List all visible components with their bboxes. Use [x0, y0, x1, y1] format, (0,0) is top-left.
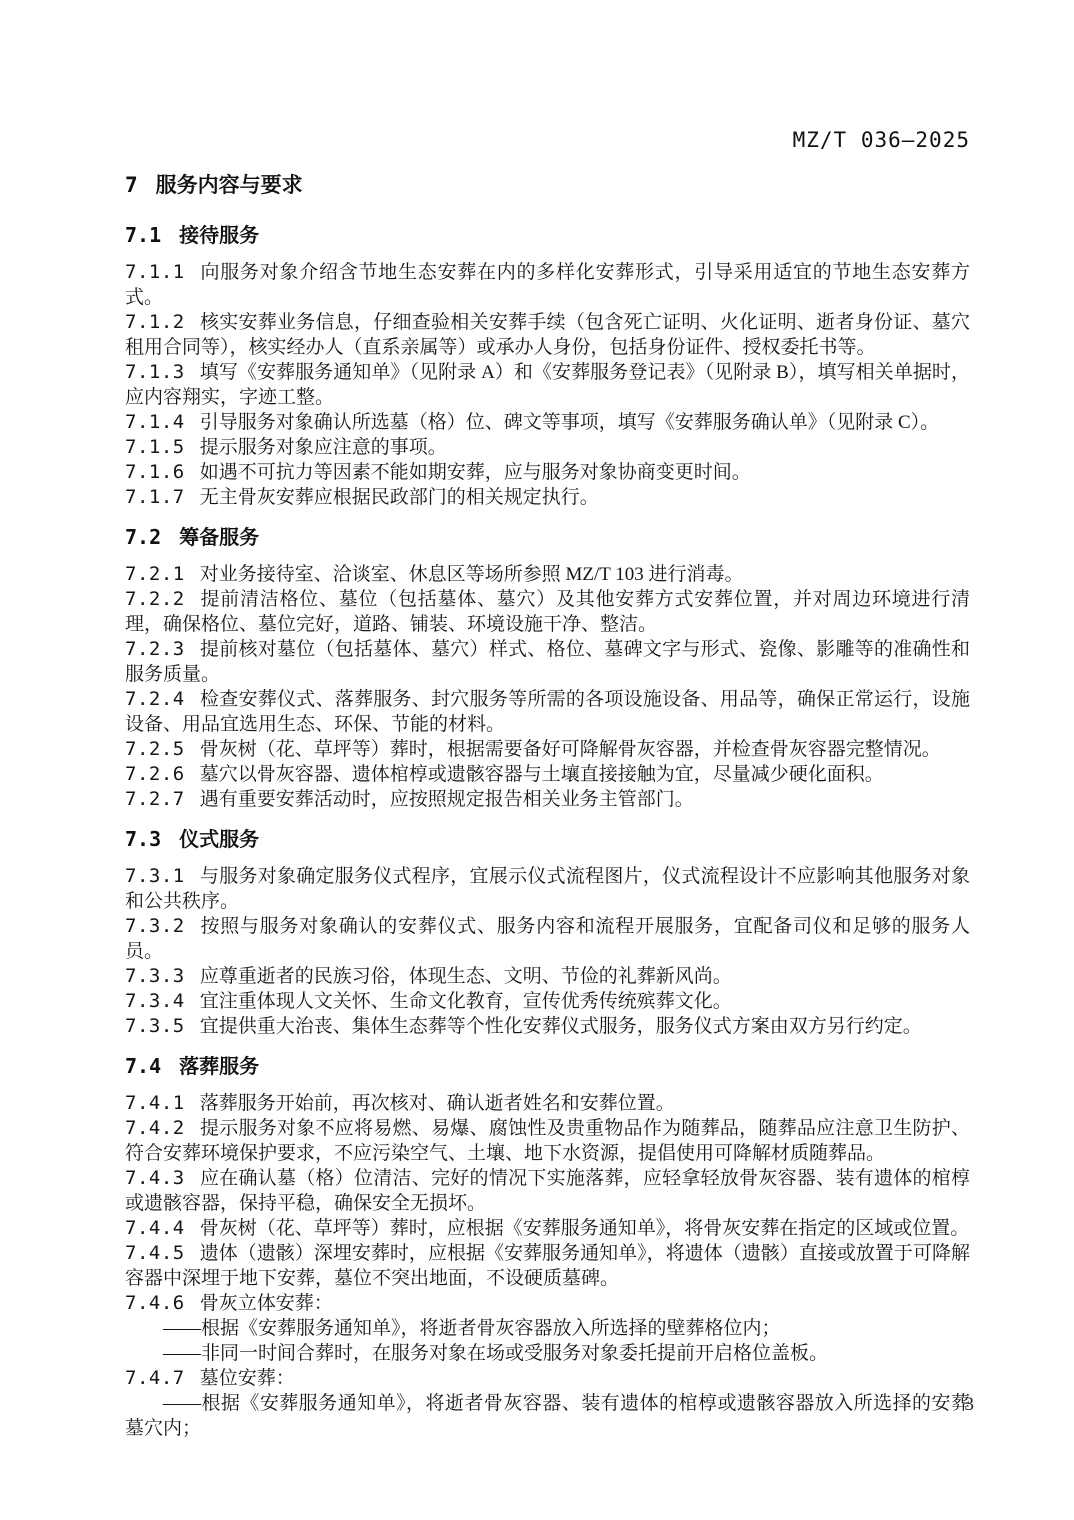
clause-text: 提示服务对象不应将易燃、易爆、腐蚀性及贵重物品作为随葬品，随葬品应注意卫生防护、…	[125, 1118, 970, 1164]
section-title: 接待服务	[179, 225, 259, 247]
clause-text: 提前核对墓位（包括墓体、墓穴）样式、格位、墓碑文字与形式、瓷像、影雕等的准确性和…	[125, 639, 970, 685]
clause-number: 7.4.7	[125, 1367, 185, 1389]
document-body: 7服务内容与要求 7.1接待服务 7.1.1向服务对象介绍含节地生态安葬在内的多…	[125, 172, 970, 1441]
section-number: 7.4	[125, 1054, 161, 1078]
chapter-number: 7	[125, 173, 138, 197]
clause-7-2-2: 7.2.2提前清洁格位、墓位（包括墓体、墓穴）及其他安葬方式安葬位置，并对周边环…	[125, 587, 970, 637]
section-heading-7-3: 7.3仪式服务	[125, 827, 970, 853]
clause-text: 检查安葬仪式、落葬服务、封穴服务等所需的各项设施设备、用品等，确保正常运行，设施…	[125, 689, 970, 735]
clause-number: 7.2.1	[125, 563, 185, 585]
section-heading-7-2: 7.2筹备服务	[125, 525, 970, 551]
clause-number: 7.3.3	[125, 965, 185, 987]
clause-number: 7.1.3	[125, 361, 185, 383]
clause-number: 7.3.2	[125, 915, 185, 937]
clause-7-4-7: 7.4.7墓位安葬：	[125, 1366, 970, 1391]
clause-7-3-5: 7.3.5宜提供重大治丧、集体生态葬等个性化安葬仪式服务，服务仪式方案由双方另行…	[125, 1014, 970, 1039]
clause-text: 落葬服务开始前，再次核对、确认逝者姓名和安葬位置。	[200, 1093, 675, 1114]
page-number: 3	[965, 1394, 975, 1416]
clause-7-1-1: 7.1.1向服务对象介绍含节地生态安葬在内的多样化安葬形式，引导采用适宜的节地生…	[125, 260, 970, 310]
clause-7-2-5: 7.2.5骨灰树（花、草坪等）葬时，根据需要备好可降解骨灰容器，并检查骨灰容器完…	[125, 737, 970, 762]
clause-7-1-3: 7.1.3填写《安葬服务通知单》（见附录 A）和《安葬服务登记表》（见附录 B）…	[125, 360, 970, 410]
clause-number: 7.2.5	[125, 738, 185, 760]
section-title: 落葬服务	[179, 1056, 259, 1078]
clause-number: 7.1.5	[125, 436, 185, 458]
clause-7-2-7: 7.2.7遇有重要安葬活动时，应按照规定报告相关业务主管部门。	[125, 787, 970, 812]
clause-number: 7.2.4	[125, 688, 185, 710]
clause-number: 7.1.1	[125, 261, 185, 283]
clause-text: 应在确认墓（格）位清洁、完好的情况下实施落葬，应轻拿轻放骨灰容器、装有遗体的棺椁…	[125, 1168, 970, 1214]
clause-7-2-1: 7.2.1对业务接待室、洽谈室、休息区等场所参照 MZ/T 103 进行消毒。	[125, 562, 970, 587]
clause-text: 引导服务对象确认所选墓（格）位、碑文等事项，填写《安葬服务确认单》（见附录 C）…	[200, 412, 939, 433]
clause-number: 7.4.3	[125, 1167, 185, 1189]
chapter-heading: 7服务内容与要求	[125, 172, 970, 199]
clause-7-4-7-item-1: ——根据《安葬服务通知单》，将逝者骨灰容器、装有遗体的棺椁或遗骸容器放入所选择的…	[125, 1391, 970, 1441]
clause-number: 7.4.1	[125, 1092, 185, 1114]
clause-7-1-5: 7.1.5提示服务对象应注意的事项。	[125, 435, 970, 460]
document-page: { "page": { "doc_number": "MZ/T 036—2025…	[0, 0, 1074, 1520]
clause-7-3-3: 7.3.3应尊重逝者的民族习俗，体现生态、文明、节俭的礼葬新风尚。	[125, 964, 970, 989]
clause-7-2-6: 7.2.6墓穴以骨灰容器、遗体棺椁或遗骸容器与土壤直接接触为宜，尽量减少硬化面积…	[125, 762, 970, 787]
clause-7-4-6: 7.4.6骨灰立体安葬：	[125, 1291, 970, 1316]
section-heading-7-1: 7.1接待服务	[125, 223, 970, 249]
clause-7-4-5: 7.4.5遗体（遗骸）深埋安葬时，应根据《安葬服务通知单》，将遗体（遗骸）直接或…	[125, 1241, 970, 1291]
clause-number: 7.4.4	[125, 1217, 185, 1239]
clause-number: 7.1.6	[125, 461, 185, 483]
clause-text: 应尊重逝者的民族习俗，体现生态、文明、节俭的礼葬新风尚。	[200, 966, 732, 987]
clause-number: 7.1.2	[125, 311, 185, 333]
clause-text: 骨灰树（花、草坪等）葬时，根据需要备好可降解骨灰容器，并检查骨灰容器完整情况。	[200, 739, 941, 760]
clause-text: 无主骨灰安葬应根据民政部门的相关规定执行。	[200, 487, 599, 508]
clause-text: 对业务接待室、洽谈室、休息区等场所参照 MZ/T 103 进行消毒。	[200, 564, 744, 585]
clause-text: 填写《安葬服务通知单》（见附录 A）和《安葬服务登记表》（见附录 B），填写相关…	[125, 362, 970, 408]
clause-7-4-3: 7.4.3应在确认墓（格）位清洁、完好的情况下实施落葬，应轻拿轻放骨灰容器、装有…	[125, 1166, 970, 1216]
clause-number: 7.1.7	[125, 486, 185, 508]
clause-number: 7.2.6	[125, 763, 185, 785]
clause-7-1-4: 7.1.4引导服务对象确认所选墓（格）位、碑文等事项，填写《安葬服务确认单》（见…	[125, 410, 970, 435]
clause-7-4-6-item-2: ——非同一时间合葬时，在服务对象在场或受服务对象委托提前开启格位盖板。	[125, 1341, 970, 1366]
clause-text: 与服务对象确定服务仪式程序，宜展示仪式流程图片，仪式流程设计不应影响其他服务对象…	[125, 866, 970, 912]
clause-7-4-2: 7.4.2提示服务对象不应将易燃、易爆、腐蚀性及贵重物品作为随葬品，随葬品应注意…	[125, 1116, 970, 1166]
clause-text: 墓穴以骨灰容器、遗体棺椁或遗骸容器与土壤直接接触为宜，尽量减少硬化面积。	[200, 764, 884, 785]
clause-number: 7.3.1	[125, 865, 185, 887]
clause-7-2-3: 7.2.3提前核对墓位（包括墓体、墓穴）样式、格位、墓碑文字与形式、瓷像、影雕等…	[125, 637, 970, 687]
section-number: 7.1	[125, 223, 161, 247]
clause-number: 7.2.7	[125, 788, 185, 810]
section-number: 7.3	[125, 827, 161, 851]
clause-number: 7.4.6	[125, 1292, 185, 1314]
doc-standard-number: MZ/T 036—2025	[793, 128, 970, 152]
clause-7-1-6: 7.1.6如遇不可抗力等因素不能如期安葬，应与服务对象协商变更时间。	[125, 460, 970, 485]
section-title: 筹备服务	[179, 527, 259, 549]
clause-text: 遗体（遗骸）深埋安葬时，应根据《安葬服务通知单》，将遗体（遗骸）直接或放置于可降…	[125, 1243, 970, 1289]
clause-number: 7.2.3	[125, 638, 185, 660]
clause-7-1-7: 7.1.7无主骨灰安葬应根据民政部门的相关规定执行。	[125, 485, 970, 510]
clause-text: 按照与服务对象确认的安葬仪式、服务内容和流程开展服务，宜配备司仪和足够的服务人员…	[125, 916, 970, 962]
clause-text: 如遇不可抗力等因素不能如期安葬，应与服务对象协商变更时间。	[200, 462, 751, 483]
clause-text: 墓位安葬：	[200, 1368, 295, 1389]
clause-text: 遇有重要安葬活动时，应按照规定报告相关业务主管部门。	[200, 789, 694, 810]
section-heading-7-4: 7.4落葬服务	[125, 1054, 970, 1080]
clause-number: 7.4.5	[125, 1242, 185, 1264]
clause-7-3-2: 7.3.2按照与服务对象确认的安葬仪式、服务内容和流程开展服务，宜配备司仪和足够…	[125, 914, 970, 964]
clause-number: 7.2.2	[125, 588, 185, 610]
clause-text: 提示服务对象应注意的事项。	[200, 437, 447, 458]
clause-7-4-1: 7.4.1落葬服务开始前，再次核对、确认逝者姓名和安葬位置。	[125, 1091, 970, 1116]
clause-7-1-2: 7.1.2核实安葬业务信息，仔细查验相关安葬手续（包含死亡证明、火化证明、逝者身…	[125, 310, 970, 360]
clause-number: 7.1.4	[125, 411, 185, 433]
clause-text: 宜提供重大治丧、集体生态葬等个性化安葬仪式服务，服务仪式方案由双方另行约定。	[200, 1016, 922, 1037]
clause-text: 提前清洁格位、墓位（包括墓体、墓穴）及其他安葬方式安葬位置，并对周边环境进行清理…	[125, 589, 970, 635]
clause-7-2-4: 7.2.4检查安葬仪式、落葬服务、封穴服务等所需的各项设施设备、用品等，确保正常…	[125, 687, 970, 737]
clause-text: 骨灰立体安葬：	[200, 1293, 333, 1314]
clause-7-4-6-item-1: ——根据《安葬服务通知单》，将逝者骨灰容器放入所选择的壁葬格位内；	[125, 1316, 970, 1341]
clause-7-4-4: 7.4.4骨灰树（花、草坪等）葬时，应根据《安葬服务通知单》，将骨灰安葬在指定的…	[125, 1216, 970, 1241]
section-title: 仪式服务	[179, 829, 259, 851]
clause-7-3-4: 7.3.4宜注重体现人文关怀、生命文化教育，宣传优秀传统殡葬文化。	[125, 989, 970, 1014]
clause-number: 7.3.4	[125, 990, 185, 1012]
clause-number: 7.4.2	[125, 1117, 185, 1139]
clause-text: 向服务对象介绍含节地生态安葬在内的多样化安葬形式，引导采用适宜的节地生态安葬方式…	[125, 262, 970, 308]
clause-7-3-1: 7.3.1与服务对象确定服务仪式程序，宜展示仪式流程图片，仪式流程设计不应影响其…	[125, 864, 970, 914]
chapter-title: 服务内容与要求	[156, 174, 303, 197]
clause-text: 骨灰树（花、草坪等）葬时，应根据《安葬服务通知单》，将骨灰安葬在指定的区域或位置…	[200, 1218, 970, 1239]
clause-text: 宜注重体现人文关怀、生命文化教育，宣传优秀传统殡葬文化。	[200, 991, 732, 1012]
section-number: 7.2	[125, 525, 161, 549]
clause-text: 核实安葬业务信息，仔细查验相关安葬手续（包含死亡证明、火化证明、逝者身份证、墓穴…	[125, 312, 970, 358]
clause-number: 7.3.5	[125, 1015, 185, 1037]
